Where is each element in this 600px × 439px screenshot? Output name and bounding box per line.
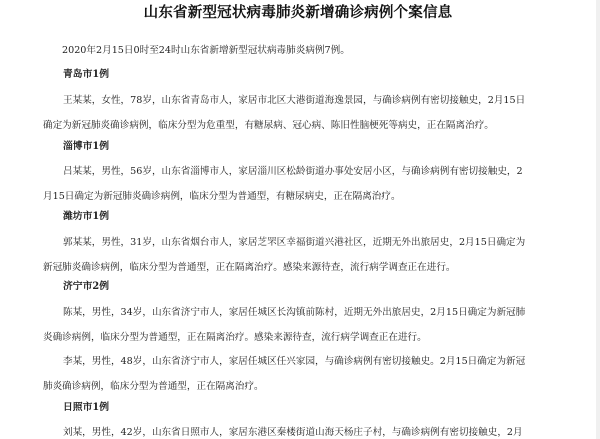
case-line: 陈某，男性，34岁，山东省济宁市人，家居任城区长沟镇前陈村，近期无外出旅居史，2… bbox=[43, 300, 533, 325]
case-paragraph: 吕某某，男性，56岁，山东省淄博市人，家居淄川区松龄街道办事处安居小区，与确诊病… bbox=[43, 159, 533, 209]
case-line: 月15日确定为新冠肺炎确诊病例，临床分型为普通型，有糖尿病史，正在隔离治疗。 bbox=[43, 184, 533, 209]
city-heading-qingdao: 青岛市1例 bbox=[63, 67, 109, 83]
city-heading-zibo: 淄博市1例 bbox=[63, 139, 109, 155]
case-line: 新冠肺炎确诊病例，临床分型为普通型，正在隔离治疗。感染来源待查，流行病学调查正在… bbox=[43, 255, 533, 280]
case-paragraph: 郭某某，男性，31岁，山东省烟台市人，家居芝罘区幸福街道兴港社区，近期无外出旅居… bbox=[43, 230, 533, 280]
city-heading-jining: 济宁市2例 bbox=[63, 279, 109, 295]
case-line: 确定为新冠肺炎确诊病例，临床分型为危重型，有糖尿病、冠心病、陈旧性脑梗死等病史，… bbox=[43, 113, 533, 138]
case-line: 刘某，男性，42岁，山东省日照市人，家居东港区秦楼街道山海天杨庄子村，与确诊病例… bbox=[43, 420, 533, 439]
document-page: 山东省新型冠状病毒肺炎新增确诊病例个案信息 2020年2月15日0时至24时山东… bbox=[0, 0, 596, 439]
case-paragraph: 陈某，男性，34岁，山东省济宁市人，家居任城区长沟镇前陈村，近期无外出旅居史，2… bbox=[43, 300, 533, 350]
case-line: 郭某某，男性，31岁，山东省烟台市人，家居芝罘区幸福街道兴港社区，近期无外出旅居… bbox=[43, 230, 533, 255]
case-paragraph: 王某某，女性，78岁，山东省青岛市人，家居市北区大港街道海逸景园，与确诊病例有密… bbox=[43, 88, 533, 138]
case-line: 王某某，女性，78岁，山东省青岛市人，家居市北区大港街道海逸景园，与确诊病例有密… bbox=[43, 88, 533, 113]
case-paragraph: 李某，男性，48岁，山东省济宁市人，家居任城区任兴家园，与确诊病例有密切接触史。… bbox=[43, 349, 533, 399]
document-title: 山东省新型冠状病毒肺炎新增确诊病例个案信息 bbox=[0, 2, 596, 24]
city-heading-weifang: 潍坊市1例 bbox=[63, 209, 109, 225]
case-line: 炎确诊病例，临床分型为普通型，正在隔离治疗。感染来源待查，流行病学调查正在进行。 bbox=[43, 325, 533, 350]
case-line: 李某，男性，48岁，山东省济宁市人，家居任城区任兴家园，与确诊病例有密切接触史。… bbox=[43, 349, 533, 374]
case-line: 吕某某，男性，56岁，山东省淄博市人，家居淄川区松龄街道办事处安居小区，与确诊病… bbox=[43, 159, 533, 184]
city-heading-rizhao: 日照市1例 bbox=[63, 400, 109, 416]
case-line: 肺炎确诊病例，临床分型为普通型，正在隔离治疗。 bbox=[43, 374, 533, 399]
page-edge-strip bbox=[596, 0, 600, 439]
intro-paragraph: 2020年2月15日0时至24时山东省新增新型冠状病毒肺炎病例7例。 bbox=[62, 43, 350, 59]
case-paragraph: 刘某，男性，42岁，山东省日照市人，家居东港区秦楼街道山海天杨庄子村，与确诊病例… bbox=[43, 420, 533, 439]
